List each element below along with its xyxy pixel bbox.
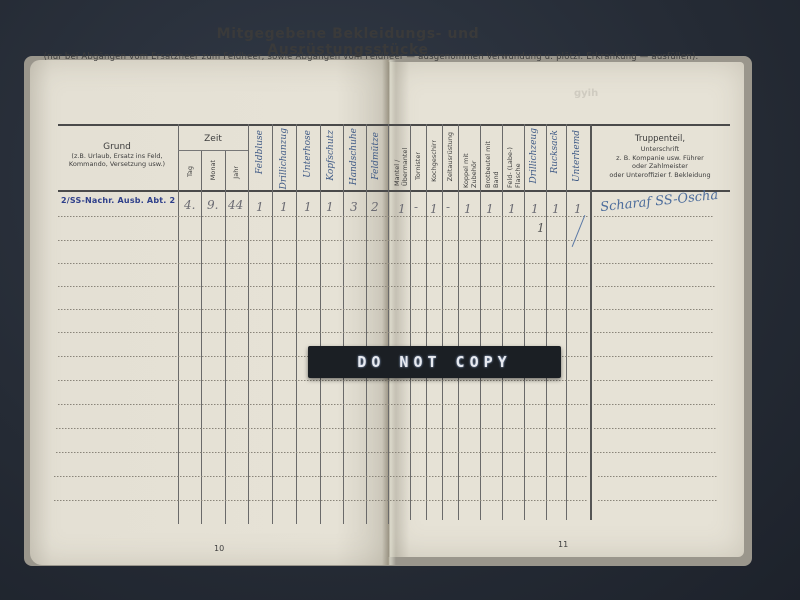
header-truppenteil-line2: Unterschrift <box>592 145 728 154</box>
header-item-3: Unterhose <box>303 130 313 178</box>
col-line <box>426 124 427 520</box>
col-line <box>410 124 411 520</box>
header-truppenteil-line3: z. B. Kompanie usw. Führer <box>592 154 728 163</box>
header-bottom-rule <box>58 190 730 192</box>
row-1-tag: 4. <box>184 198 195 212</box>
row-line <box>594 263 714 264</box>
header-item-5: Handschuhe <box>349 128 359 185</box>
row-line <box>56 452 588 453</box>
page-subtitle: (nur bei Abgängen vom Ersatzheer zum Fel… <box>36 52 706 62</box>
header-tag: Tag <box>186 166 194 177</box>
row-line <box>594 240 714 241</box>
header-drillichzeug: Drillichzeug <box>529 128 539 184</box>
header-item-1: Feldbluse <box>255 130 265 174</box>
row-line <box>594 380 714 381</box>
row-line <box>594 428 716 429</box>
row-line <box>596 286 716 287</box>
row-line <box>58 380 588 381</box>
row-line <box>58 240 588 241</box>
row-1-item-2: 1 <box>280 200 288 214</box>
col-line <box>320 124 321 524</box>
row-1-monat: 9. <box>207 198 218 212</box>
header-grund-label: Grund <box>58 142 176 152</box>
row-1-drillichzeug: 1 <box>531 202 539 216</box>
row-line <box>594 332 714 333</box>
header-item-4: Kopfschutz <box>326 130 336 181</box>
col-line <box>248 124 249 524</box>
row-line <box>594 356 714 357</box>
row-1-mantel: 1 <box>398 202 406 216</box>
row-line <box>54 476 588 477</box>
header-feldflasche: Feld- (Labe-) Flasche <box>506 134 522 188</box>
row-line <box>58 216 588 217</box>
header-rucksack: Rucksack <box>550 130 560 174</box>
row-line <box>58 332 588 333</box>
row-1-item-3: 1 <box>304 200 312 214</box>
col-line <box>296 124 297 524</box>
row-line <box>58 309 588 310</box>
col-line <box>546 124 547 520</box>
header-jahr: Jahr <box>232 166 240 179</box>
header-truppenteil-label: Truppenteil, <box>592 134 728 145</box>
col-line <box>480 124 481 520</box>
header-grund-note-2: Kommando, Versetzung usw.) <box>58 160 176 168</box>
header-kochgeschirr: Kochgeschirr <box>430 140 438 182</box>
row-1-jahr: 44 <box>228 198 243 212</box>
row-1-item-1: 1 <box>256 200 264 214</box>
col-line <box>366 124 367 524</box>
header-item-6: Feldmütze <box>371 132 381 180</box>
row-1-unterhemd: 1 <box>574 202 582 216</box>
header-truppenteil-line5: oder Unteroffizier f. Bekleidung <box>592 171 728 180</box>
row-1-feldflasche: 1 <box>508 202 516 216</box>
row-line <box>58 404 588 405</box>
col-line <box>343 124 344 524</box>
header-koppel: Koppel mit Zubehör <box>462 136 478 188</box>
header-brotbeutel: Brotbeutel mit Band <box>484 132 500 188</box>
col-line <box>458 124 459 520</box>
header-grund: Grund (z.B. Urlaub, Ersatz ins Feld, Kom… <box>58 142 176 168</box>
page-number-left: 10 <box>214 544 224 553</box>
row-1-zeltausruestung: - <box>446 200 450 214</box>
row-line <box>594 452 716 453</box>
row-1-item-4: 1 <box>326 200 334 214</box>
row-line <box>54 500 588 501</box>
header-tornister: Tornister <box>414 152 422 180</box>
col-line <box>201 150 202 524</box>
col-line <box>225 150 226 524</box>
row-1-tornister: - <box>414 200 418 214</box>
do-not-copy-watermark: DO NOT COPY <box>308 346 561 378</box>
header-unterhemd: Unterhemd <box>572 130 582 182</box>
page-number-right: 11 <box>558 540 568 549</box>
row-line <box>58 263 588 264</box>
header-zeltausruestung: Zeltausrüstung <box>446 132 454 181</box>
row-line <box>598 500 718 501</box>
header-truppenteil-line4: oder Zahlmeister <box>592 162 728 171</box>
col-line <box>590 124 592 520</box>
faded-bleed-text: gyih <box>574 88 598 99</box>
header-zeit-label: Zeit <box>178 134 248 144</box>
header-grund-note-1: (z.B. Urlaub, Ersatz ins Feld, <box>58 152 176 160</box>
zeit-sub-rule <box>178 150 248 151</box>
row-line <box>598 476 718 477</box>
header-monat: Monat <box>209 160 217 180</box>
row-1-item-5: 3 <box>350 200 358 214</box>
row-1-grund-stamp: 2/SS-Nachr. Ausb. Abt. 2 <box>61 196 175 205</box>
row-line <box>594 309 714 310</box>
row-1-rucksack: 1 <box>552 202 560 216</box>
row-line <box>594 216 714 217</box>
col-line <box>442 124 443 520</box>
header-truppenteil: Truppenteil, Unterschrift z. B. Kompanie… <box>592 134 728 179</box>
col-line <box>272 124 273 524</box>
col-line <box>178 124 179 524</box>
col-line <box>524 124 525 520</box>
header-top-rule <box>58 124 730 126</box>
row-1-item-6: 2 <box>371 200 379 214</box>
col-line <box>388 124 389 524</box>
header-item-2: Drillichanzug <box>279 128 289 189</box>
row-1-kochgeschirr: 1 <box>430 202 438 216</box>
row-line <box>56 428 588 429</box>
row-2-drillichzeug: 1 <box>537 221 545 235</box>
header-mantel: Mantel / Übermantel <box>393 134 409 186</box>
row-line <box>58 286 588 287</box>
row-1-koppel: 1 <box>464 202 472 216</box>
col-line <box>502 124 503 520</box>
row-line <box>594 404 715 405</box>
row-1-brotbeutel: 1 <box>486 202 494 216</box>
col-line <box>566 124 567 520</box>
